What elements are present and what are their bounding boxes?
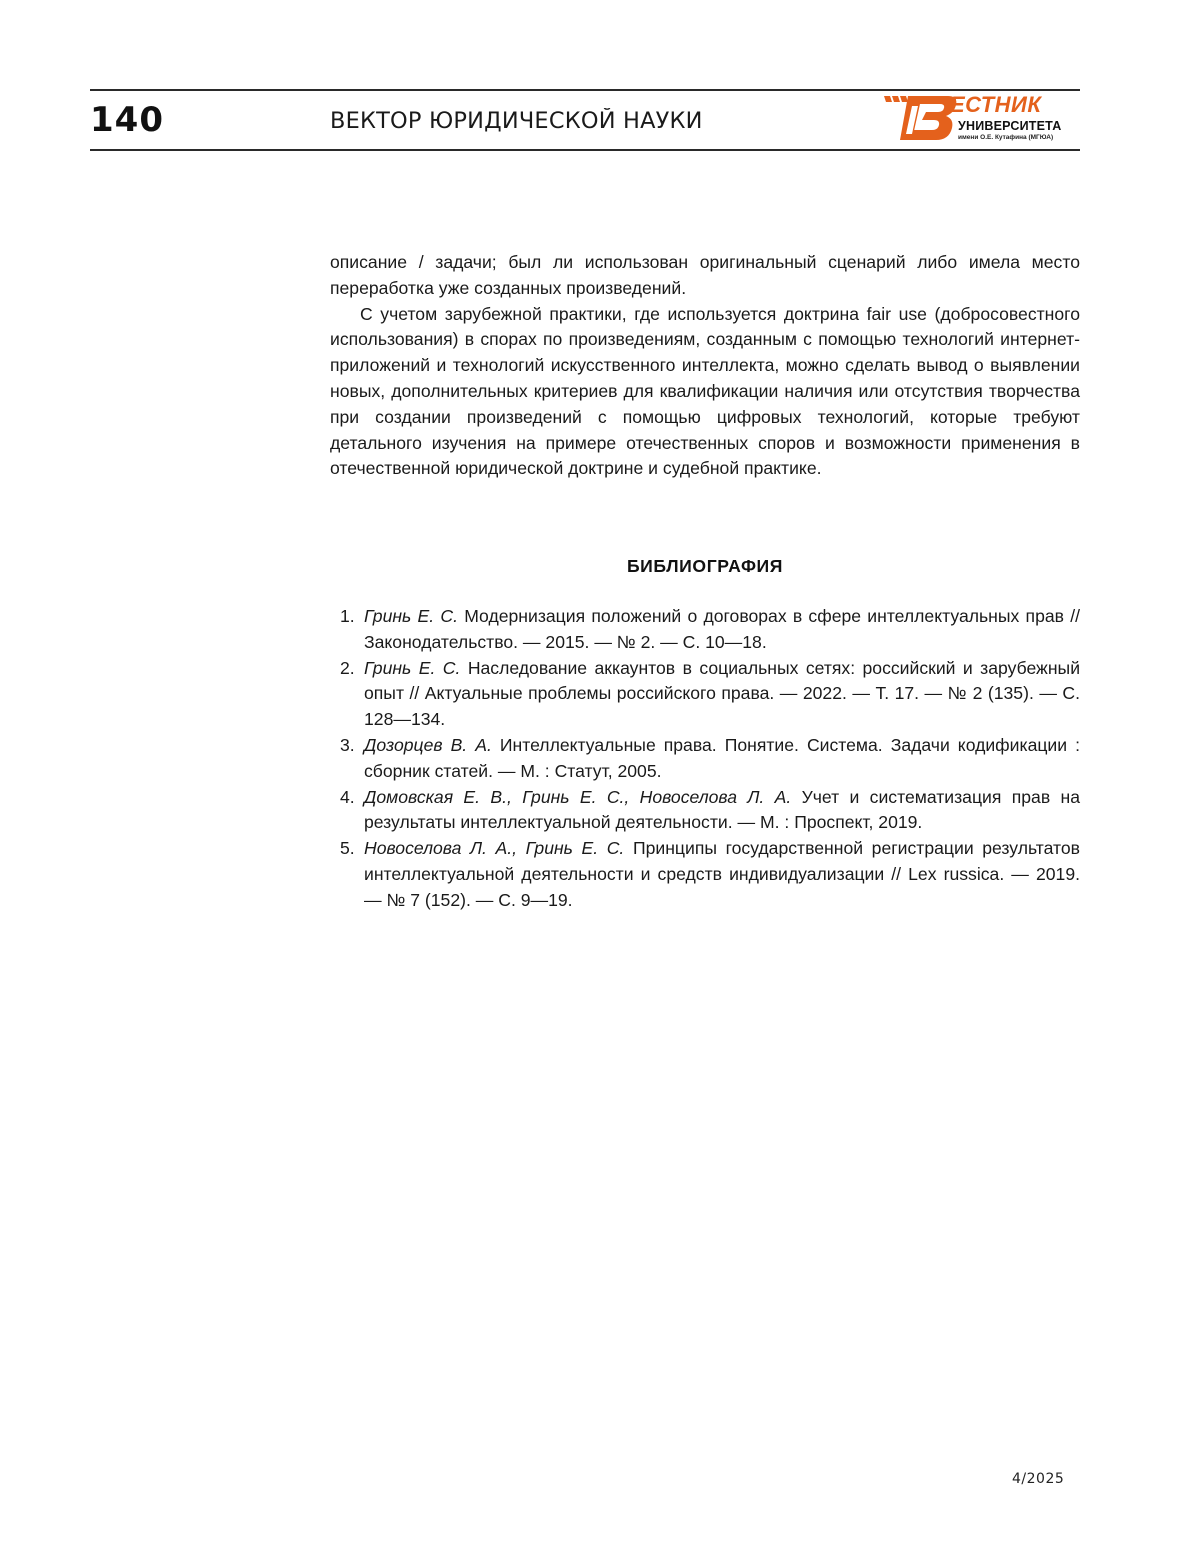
item-authors: Новоселова Л. А., Гринь Е. С.	[364, 838, 624, 858]
item-text: Модернизация положений о договорах в сфе…	[364, 606, 1080, 652]
body-paragraph: описание / задачи; был ли использован ор…	[330, 250, 1080, 302]
issue-number: 4/2025	[1012, 1470, 1064, 1488]
bibliography-list: 1. Гринь Е. С. Модернизация положений о …	[340, 604, 1080, 914]
item-number: 1.	[340, 604, 355, 630]
article-body: описание / задачи; был ли использован ор…	[330, 250, 1080, 482]
section-title: ВЕКТОР ЮРИДИЧЕСКОЙ НАУКИ	[330, 108, 703, 136]
bibliography-item: 2. Гринь Е. С. Наследование аккаунтов в …	[340, 656, 1080, 733]
item-authors: Гринь Е. С.	[364, 606, 458, 626]
item-number: 2.	[340, 656, 355, 682]
bibliography-item: 5. Новоселова Л. А., Гринь Е. С. Принцип…	[340, 836, 1080, 913]
item-authors: Домовская Е. В., Гринь Е. С., Новоселова…	[364, 787, 791, 807]
logo-subtitle: имени О.Е. Кутафина (МГЮА)	[958, 134, 1053, 142]
item-text: Наследование аккаунтов в социальных сетя…	[364, 658, 1080, 730]
item-number: 4.	[340, 785, 355, 811]
bibliography-item: 3. Дозорцев В. А. Интеллектуальные права…	[340, 733, 1080, 785]
header-bottom-rule	[90, 149, 1080, 151]
item-authors: Гринь Е. С.	[364, 658, 460, 678]
bibliography-item: 4. Домовская Е. В., Гринь Е. С., Новосел…	[340, 785, 1080, 837]
bibliography-heading: БИБЛИОГРАФИЯ	[330, 554, 1080, 578]
bibliography-item: 1. Гринь Е. С. Модернизация положений о …	[340, 604, 1080, 656]
logo-word: ЕСТНИК	[950, 93, 1041, 117]
logo-university: УНИВЕРСИТЕТА	[958, 119, 1061, 133]
header-top-rule	[90, 89, 1080, 91]
page-number: 140	[90, 100, 164, 140]
item-authors: Дозорцев В. А.	[364, 735, 492, 755]
item-number: 3.	[340, 733, 355, 759]
body-paragraph: С учетом зарубежной практики, где исполь…	[330, 302, 1080, 483]
item-number: 5.	[340, 836, 355, 862]
journal-logo: ЕСТНИК УНИВЕРСИТЕТА имени О.Е. Кутафина …	[882, 92, 1082, 146]
